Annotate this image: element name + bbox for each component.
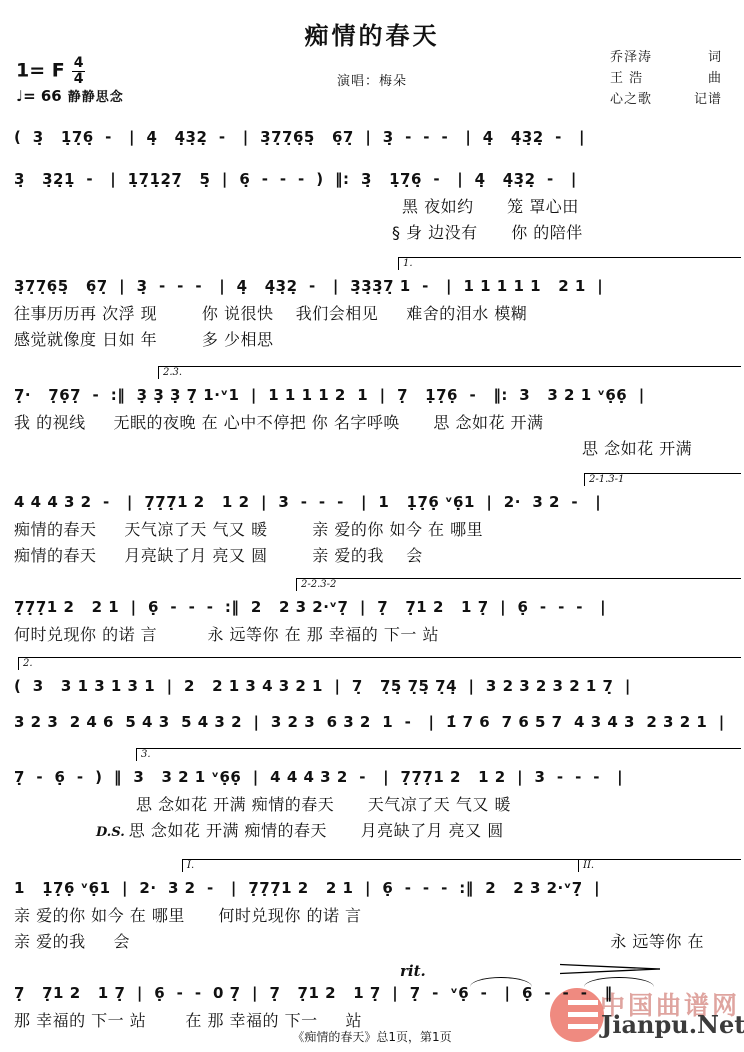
volta-label: 2. — [23, 658, 33, 669]
credit-role: 词 — [708, 48, 722, 69]
sheet-music-page: 中国曲谱网 Jianpu.Net 痴情的春天 演唱：梅朵 1= F44 ♩= 6… — [0, 0, 744, 1052]
lyric-line: 感觉就像度 日如 年 多 少相思 — [14, 327, 744, 353]
meter-numerator: 4 — [72, 56, 86, 72]
music-line: 1 1̣7̣6̣ ᵛ6̣1 | 2· 3 2 - | 7̣7̣7̣1 2 2 1… — [14, 873, 744, 903]
system-10: I. II. 1 1̣7̣6̣ ᵛ6̣1 | 2· 3 2 - | 7̣7̣7̣… — [0, 858, 744, 955]
system-9: 3. 7̣ - 6̣ - ) ‖ 3 3 2 1 ᵛ6̣6̣ | 4 4 4 3… — [0, 747, 744, 846]
system-7: 2. ( 3 3 1 3 1 3 1 | 2 2 1 3 4 3 2 1 | 7… — [0, 656, 744, 701]
volta-bracket-2-2-3-2: 2-2.3-2 — [296, 578, 741, 591]
volta-bracket-II: II. — [578, 859, 741, 872]
music-line: 7̣· 7̣6̣7̣ - :‖ 3̣ 3̣ 3̣ 7̣ 1·ᵛ1 | 1 1 1… — [14, 380, 744, 410]
system-6: 2-2.3-2 7̣7̣7̣1 2 2 1 | 6̣ - - - :‖ 2 2 … — [0, 577, 744, 648]
volta-label: 2-2.3-2 — [301, 579, 336, 590]
meter-denominator: 4 — [72, 72, 86, 87]
lyric-line: D.S.思 念如花 开满 痴情的春天 月亮缺了月 亮又 圆 — [14, 818, 744, 846]
credit-name: 王 浩 — [610, 69, 643, 90]
credit-name: 乔泽涛 — [610, 48, 652, 69]
header: 痴情的春天 演唱：梅朵 1= F44 ♩= 66静静思念 乔泽涛 词 王 浩 曲… — [0, 0, 744, 118]
lyric-text: 思 念如花 开满 痴情的春天 月亮缺了月 亮又 圆 — [129, 821, 504, 840]
volta-label: 1. — [403, 258, 413, 269]
volta-bracket-I: I. — [182, 859, 579, 872]
volta-label: 3. — [141, 749, 151, 760]
volta-label: 2-1.3-1 — [589, 474, 624, 485]
song-title: 痴情的春天 — [0, 16, 744, 51]
tempo-value: ♩= 66 — [16, 87, 62, 105]
music-line: 7̣7̣7̣1 2 2 1 | 6̣ - - - :‖ 2 2 3 2·ᵛ7̣ … — [14, 592, 744, 622]
tempo-marking: ♩= 66静静思念 — [16, 86, 124, 105]
lyric-text: 亲 爱的我 会 — [14, 929, 130, 955]
music-line: ( 3 3 1 3 1 3 1 | 2 2 1 3 4 3 2 1 | 7̣ 7… — [14, 671, 744, 701]
lyric-line: 痴情的春天 天气凉了天 气又 暖 亲 爱的你 如今 在 哪里 — [14, 517, 744, 543]
music-line: 4 4 4 3 2 - | 7̣7̣7̣1 2 1 2 | 3 - - - | … — [14, 487, 744, 517]
system-4: 2.3. 7̣· 7̣6̣7̣ - :‖ 3̣ 3̣ 3̣ 7̣ 1·ᵛ1 | … — [0, 365, 744, 462]
lyric-line: 痴情的春天 月亮缺了月 亮又 圆 亲 爱的我 会 — [14, 543, 744, 569]
volta-bracket-2-1-3-1: 2-1.3-1 — [584, 473, 741, 486]
music-line: 7̣ - 6̣ - ) ‖ 3 3 2 1 ᵛ6̣6̣ | 4 4 4 3 2 … — [14, 762, 744, 792]
credit-composer: 王 浩 曲 — [610, 69, 722, 90]
volta-bracket-1: 1. — [398, 257, 741, 270]
key-label: 1= F — [16, 60, 65, 82]
time-signature: 44 — [72, 56, 86, 86]
credit-role: 曲 — [708, 69, 722, 90]
lyric-line: 思 念如花 开满 — [14, 436, 744, 462]
music-line: 3̣7̣7̣6̣5̣ 6̣7̣ | 3̣ - - - | 4̣ 4̣3̣2̣ -… — [14, 271, 744, 301]
system-11: rit. 7̣ 7̣1 2 1 7̣ | 6̣ - - 0 7̣ | 7̣ 7̣… — [0, 963, 744, 1034]
page-info: 《痴情的春天》总1页，第1页 — [0, 1028, 744, 1045]
lyric-line: 亲 爱的我 会 永 远等你 在 — [14, 929, 744, 955]
volta-label: 2.3. — [163, 367, 182, 378]
credit-role: 记谱 — [694, 90, 722, 111]
system-3: 1. 3̣7̣7̣6̣5̣ 6̣7̣ | 3̣ - - - | 4̣ 4̣3̣2… — [0, 256, 744, 353]
volta-label: II. — [583, 860, 594, 871]
lyric-line: 思 念如花 开满 痴情的春天 天气凉了天 气又 暖 — [14, 792, 744, 818]
credit-name: 心之歌 — [610, 90, 652, 111]
lyric-line: 往事历历再 次浮 现 你 说很快 我们会相见 难舍的泪水 模糊 — [14, 301, 744, 327]
lyric-text: 永 远等你 在 — [610, 929, 704, 955]
lyric-line: 何时兑现你 的诺 言 永 远等你 在 那 幸福的 下一 站 — [14, 622, 744, 648]
lyric-line: § 身 边没有 你 的陪伴 — [14, 220, 744, 246]
ritardando-label: rit. — [400, 962, 426, 980]
volta-bracket-3: 3. — [136, 748, 741, 761]
music-line: 3̣ 3̣2̣1̣ - | 1̣7̣1̣2̣7̣ 5̣ | 6̣ - - - )… — [14, 164, 744, 194]
system-8: 3 2 3 2 4 6 5 4 3 5 4 3 2 | 3 2 3 6 3 2 … — [0, 707, 744, 737]
dal-segno-label: D.S. — [96, 825, 125, 840]
credits-block: 乔泽涛 词 王 浩 曲 心之歌 记谱 — [610, 48, 722, 110]
system-5: 2-1.3-1 4 4 4 3 2 - | 7̣7̣7̣1 2 1 2 | 3 … — [0, 472, 744, 569]
credit-transcriber: 心之歌 记谱 — [610, 90, 722, 111]
volta-bracket-2: 2. — [18, 657, 741, 670]
lyric-line: 我 的视线 无眠的夜晚 在 心中不停把 你 名字呼唤 思 念如花 开满 — [14, 410, 744, 436]
system-2: 3̣ 3̣2̣1̣ - | 1̣7̣1̣2̣7̣ 5̣ | 6̣ - - - )… — [0, 164, 744, 246]
lyric-line: 亲 爱的你 如今 在 哪里 何时兑现你 的诺 言 — [14, 903, 744, 929]
system-1: ( 3̣ 1̣7̣6̣ - | 4̣ 4̣3̣2̣ - | 3̣7̣7̣6̣5̣… — [0, 122, 744, 152]
credit-lyricist: 乔泽涛 词 — [610, 48, 722, 69]
volta-label: I. — [187, 860, 194, 871]
music-line: 3 2 3 2 4 6 5 4 3 5 4 3 2 | 3 2 3 6 3 2 … — [14, 707, 744, 737]
lyric-line: 黑 夜如约 笼 罩心田 — [14, 194, 744, 220]
tempo-mood: 静静思念 — [68, 90, 124, 105]
key-signature: 1= F44 — [16, 56, 85, 86]
volta-bracket-2-3: 2.3. — [158, 366, 741, 379]
decrescendo-hairpin — [560, 963, 662, 975]
music-line: ( 3̣ 1̣7̣6̣ - | 4̣ 4̣3̣2̣ - | 3̣7̣7̣6̣5̣… — [14, 122, 744, 152]
